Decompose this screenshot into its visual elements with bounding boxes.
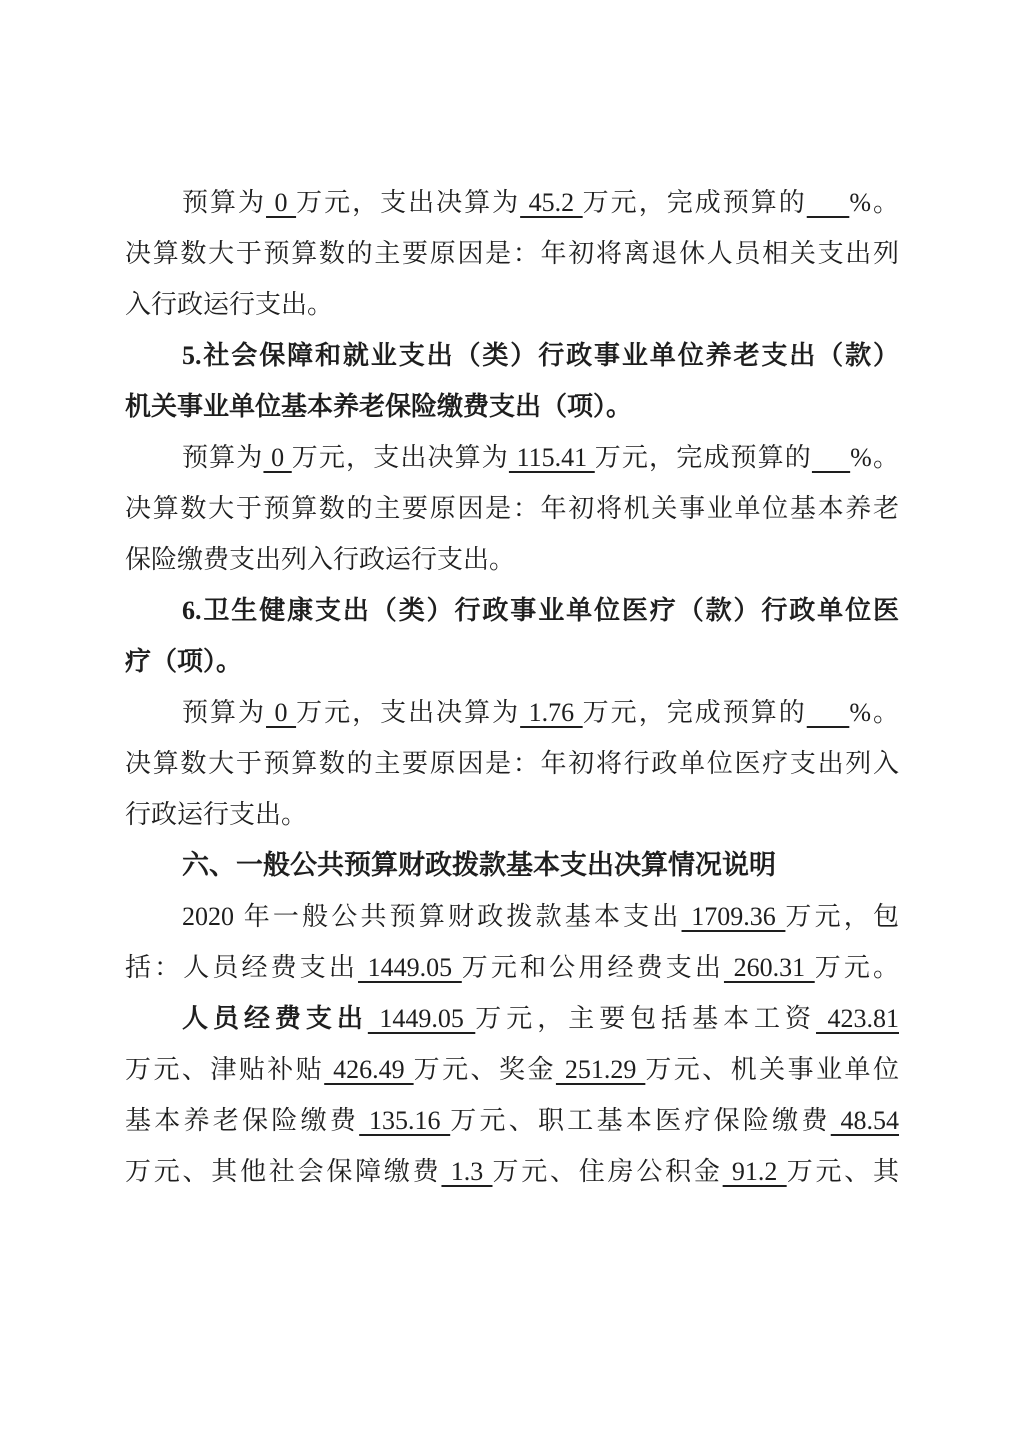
value-final-45-2: 45.2 — [520, 188, 583, 217]
text-line: 基本养老保险缴费 135.16 万元、职工基本医疗保险缴费 48.54 — [125, 1095, 899, 1146]
para-medical-expenditure-budget: 预算为 0 万元，支出决算为 1.76 万元，完成预算的 %。决算数大于预算数的… — [125, 687, 899, 840]
value-public-260-31: 260.31 — [724, 953, 815, 982]
text-run: 入行政运行支出。 — [125, 290, 333, 319]
blank-underline — [807, 188, 850, 217]
text-run: %。 — [850, 443, 899, 472]
text-line: 6.卫生健康支出（类）行政事业单位医疗（款）行政单位医 — [125, 585, 899, 636]
para-retiree-expenditure-budget: 预算为 0 万元，支出决算为 45.2 万元，完成预算的 %。决算数大于预算数的… — [125, 177, 899, 330]
text-line: 预算为 0 万元，支出决算为 45.2 万元，完成预算的 %。 — [125, 177, 899, 228]
text-run: 万元，完成预算的 — [595, 443, 812, 472]
text-run: 疗（项）。 — [125, 647, 242, 676]
text-run: 机关事业单位基本养老保险缴费支出（项）。 — [125, 392, 632, 421]
value-total-1709-36: 1709.36 — [682, 902, 786, 931]
text-run: 万元、其 — [787, 1157, 899, 1186]
text-line: 决算数大于预算数的主要原因是：年初将离退休人员相关支出列 — [125, 228, 899, 279]
value-final-115-41: 115.41 — [509, 443, 595, 472]
text-run: 万元。 — [815, 953, 899, 982]
text-run: 万元和公用经费支出 — [462, 953, 724, 982]
value-other-social-1-3: 1.3 — [441, 1157, 492, 1186]
text-line: 决算数大于预算数的主要原因是：年初将行政单位医疗支出列入 — [125, 738, 899, 789]
text-run: 万元，支出决算为 — [292, 443, 509, 472]
text-run: %。 — [849, 188, 899, 217]
text-line: 保险缴费支出列入行政运行支出。 — [125, 534, 899, 585]
text-run: 基本养老保险缴费 — [125, 1106, 359, 1135]
text-run: 6.卫生健康支出（类）行政事业单位医疗（款）行政单位医 — [182, 596, 899, 625]
text-line: 预算为 0 万元，支出决算为 115.41 万元，完成预算的 %。 — [125, 432, 899, 483]
text-run: 决算数大于预算数的主要原因是：年初将离退休人员相关支出列 — [125, 239, 899, 268]
text-run: 决算数大于预算数的主要原因是：年初将机关事业单位基本养老 — [125, 494, 899, 523]
text-line: 决算数大于预算数的主要原因是：年初将机关事业单位基本养老 — [125, 483, 899, 534]
value-budget-0: 0 — [266, 698, 296, 727]
text-run: 预算为 — [182, 443, 263, 472]
text-run: 决算数大于预算数的主要原因是：年初将行政单位医疗支出列入 — [125, 749, 899, 778]
text-run: 5.社会保障和就业支出（类）行政事业单位养老支出（款） — [182, 341, 899, 370]
text-line: 万元、津贴补贴 426.49 万元、奖金 251.29 万元、机关事业单位 — [125, 1044, 899, 1095]
text-run: 预算为 — [182, 698, 266, 727]
value-basic-salary-423-81: 423.81 — [816, 1004, 899, 1033]
text-run: %。 — [849, 698, 899, 727]
text-run: 行政运行支出。 — [125, 800, 307, 829]
text-run: 万元、住房公积金 — [493, 1157, 723, 1186]
value-bonus-251-29: 251.29 — [556, 1055, 645, 1084]
value-housing-fund-91-2: 91.2 — [723, 1157, 787, 1186]
text-run: 万元，完成预算的 — [583, 698, 807, 727]
text-line: 预算为 0 万元，支出决算为 1.76 万元，完成预算的 %。 — [125, 687, 899, 738]
heading-six-basic-expenditure-notes: 六、一般公共预算财政拨款基本支出决算情况说明 — [125, 840, 899, 891]
text-run: 万元、机关事业单位 — [645, 1055, 899, 1084]
para-personnel-expenditure-detail: 人员经费支出 1449.05 万元，主要包括基本工资 423.81万元、津贴补贴… — [125, 993, 899, 1197]
text-run: 万元，完成预算的 — [583, 188, 807, 217]
para-2020-basic-expenditure-total: 2020 年一般公共预算财政拨款基本支出 1709.36 万元，包括：人员经费支… — [125, 891, 899, 993]
value-final-1-76: 1.76 — [520, 698, 583, 727]
text-line: 行政运行支出。 — [125, 789, 899, 840]
blank-underline — [807, 698, 850, 727]
document-page: 预算为 0 万元，支出决算为 45.2 万元，完成预算的 %。决算数大于预算数的… — [0, 0, 1024, 1448]
text-run: 万元、其他社会保障缴费 — [125, 1157, 441, 1186]
document-body: 预算为 0 万元，支出决算为 45.2 万元，完成预算的 %。决算数大于预算数的… — [125, 177, 899, 1197]
text-run: 万元、津贴补贴 — [125, 1055, 324, 1084]
text-run: 括：人员经费支出 — [125, 953, 358, 982]
text-run: 万元，主要包括基本工资 — [475, 1004, 816, 1033]
text-line: 入行政运行支出。 — [125, 279, 899, 330]
text-run: 六、一般公共预算财政拨款基本支出决算情况说明 — [182, 850, 776, 880]
text-run: 保险缴费支出列入行政运行支出。 — [125, 545, 515, 574]
text-run: 万元，支出决算为 — [296, 188, 520, 217]
text-run: 人员经费支出 — [182, 1004, 368, 1033]
text-line: 括：人员经费支出 1449.05 万元和公用经费支出 260.31 万元。 — [125, 942, 899, 993]
text-run: 万元、奖金 — [414, 1055, 556, 1084]
text-run: 万元，支出决算为 — [296, 698, 520, 727]
para-pension-contribution-budget: 预算为 0 万元，支出决算为 115.41 万元，完成预算的 %。决算数大于预算… — [125, 432, 899, 585]
text-line: 2020 年一般公共预算财政拨款基本支出 1709.36 万元，包 — [125, 891, 899, 942]
blank-underline — [812, 443, 850, 472]
text-line: 万元、其他社会保障缴费 1.3 万元、住房公积金 91.2 万元、其 — [125, 1146, 899, 1197]
value-budget-0: 0 — [266, 188, 296, 217]
heading-5-social-security-pension: 5.社会保障和就业支出（类）行政事业单位养老支出（款）机关事业单位基本养老保险缴… — [125, 330, 899, 432]
value-personnel-1449-05: 1449.05 — [358, 953, 462, 982]
text-run: 万元，包 — [785, 902, 899, 931]
text-line: 机关事业单位基本养老保险缴费支出（项）。 — [125, 381, 899, 432]
value-budget-0: 0 — [263, 443, 291, 472]
text-line: 疗（项）。 — [125, 636, 899, 687]
text-line: 5.社会保障和就业支出（类）行政事业单位养老支出（款） — [125, 330, 899, 381]
heading-6-health-expenditure: 6.卫生健康支出（类）行政事业单位医疗（款）行政单位医疗（项）。 — [125, 585, 899, 687]
text-line: 六、一般公共预算财政拨款基本支出决算情况说明 — [125, 840, 899, 891]
value-medical-48-54: 48.54 — [831, 1106, 899, 1135]
text-run: 预算为 — [182, 188, 266, 217]
text-run: 2020 年一般公共预算财政拨款基本支出 — [182, 902, 682, 931]
value-allowance-426-49: 426.49 — [324, 1055, 413, 1084]
value-pension-135-16: 135.16 — [359, 1106, 450, 1135]
text-run: 万元、职工基本医疗保险缴费 — [450, 1106, 831, 1135]
text-line: 人员经费支出 1449.05 万元，主要包括基本工资 423.81 — [125, 993, 899, 1044]
value-personnel-1449-05: 1449.05 — [368, 1004, 475, 1033]
